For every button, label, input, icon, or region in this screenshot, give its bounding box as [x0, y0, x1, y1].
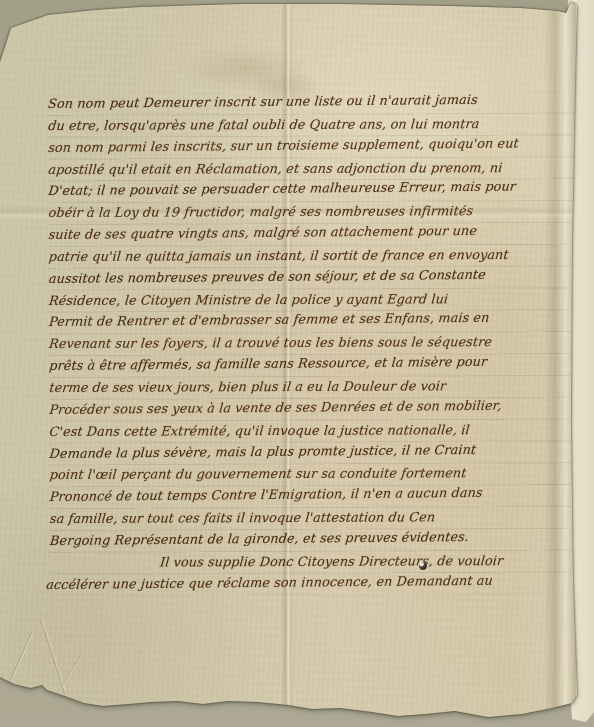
paper-hole — [419, 562, 427, 570]
handwriting-line: Son nom peut Demeurer inscrit sur une li… — [47, 89, 580, 116]
scan-background: Son nom peut Demeurer inscrit sur une li… — [0, 0, 594, 727]
wrinkle-line — [6, 632, 34, 690]
handwriting-line: Prononcé de tout temps Contre l'Emigrati… — [49, 482, 580, 509]
wrinkle-line — [57, 651, 84, 693]
handwriting-line: suite de ses quatre vingts ans, malgré s… — [48, 220, 580, 247]
handwriting-line: son nom parmi les inscrits, sur un trois… — [47, 133, 580, 160]
handwriting-line: Procéder sous ses yeux à la vente de ses… — [48, 395, 580, 422]
letter-text: Son nom peut Demeurer inscrit sur une li… — [48, 92, 580, 597]
paper-shadow: Son nom peut Demeurer inscrit sur une li… — [0, 0, 580, 722]
handwriting-line: Permit de Rentrer et d'embrasser sa femm… — [48, 307, 580, 334]
handwriting-line: Bergoing Représentant de la gironde, et … — [49, 526, 580, 553]
handwriting-line: Demande la plus sévère, mais la plus pro… — [49, 438, 580, 465]
handwriting-line: aussitot les nombreuses preuves de son s… — [48, 264, 580, 291]
handwriting-line: D'etat; il ne pouvait se persuader cette… — [47, 176, 580, 203]
handwriting-line: accélérer une justice que réclame son in… — [45, 569, 580, 596]
letter-paper: Son nom peut Demeurer inscrit sur une li… — [0, 0, 580, 722]
handwriting-line: prêts à être affermés, sa famille sans R… — [48, 351, 580, 378]
